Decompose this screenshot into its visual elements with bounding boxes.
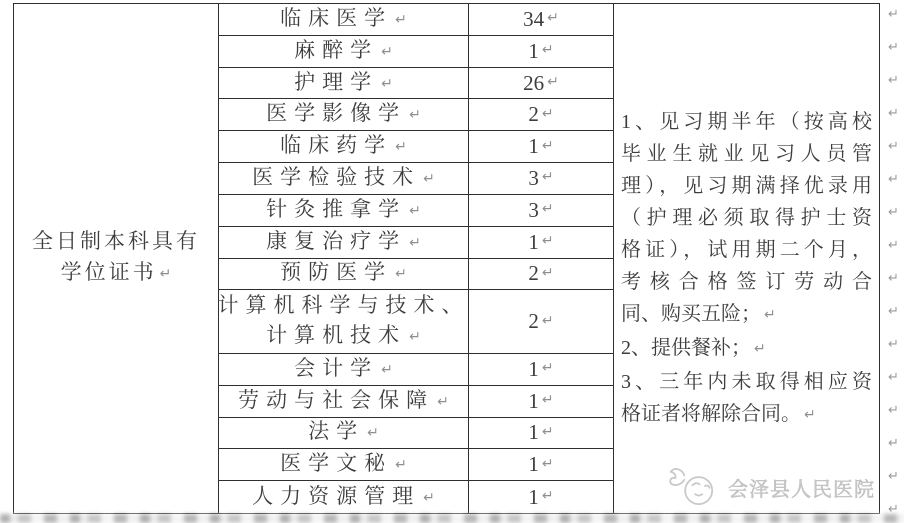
return-mark: ↵ [804,407,816,423]
row-end-mark: ↵ [888,173,899,187]
notes-lines: 1、见习期半年（按高校毕业生就业见习人员管理），见习期满择优录用（护理必须取得护… [614,4,879,432]
major-cell: 医学影像学↵ [219,99,469,131]
return-mark: ↵ [542,201,554,217]
count-cell: 1↵ [469,131,614,163]
return-mark: ↵ [542,42,554,58]
major-cell: 会计学↵ [219,354,469,386]
note-line-text: 同、购买五险； [621,303,761,325]
row-end-mark: ↵ [888,206,899,220]
major-text: 人力资源管理 [252,484,420,508]
return-mark: ↵ [542,233,554,249]
hospital-watermark-text: 会泽县人民医院 [728,473,875,502]
return-mark: ↵ [542,138,554,154]
count-text: 2 [528,102,539,127]
return-mark: ↵ [542,456,554,472]
count-cell: 1↵ [469,36,614,68]
note-line: 格证者将解除合同。↵ [621,398,872,432]
return-mark: ↵ [542,169,554,185]
return-mark: ↵ [423,490,435,506]
major-text: 康复治疗学 [266,229,406,253]
page: 全日制本科具有 学位证书↵ 临床医学↵34↵麻醉学↵1↵护理学↵26↵医学影像学… [0,0,904,523]
major-cell: 护理学↵ [219,68,469,100]
note-line-text: 1、见习期半年（按高校 [621,111,872,133]
return-mark: ↵ [381,362,393,378]
major-text: 麻醉学 [294,38,378,62]
note-line: 格证），试用期二个月， [621,234,872,266]
major-cell: 医学文秘↵ [219,449,469,481]
row-end-mark: ↵ [888,74,899,88]
note-line-text: 毕业生就业见习人员管 [621,143,872,165]
return-mark: ↵ [542,488,554,504]
major-text: 劳动与社会保障 [238,388,434,412]
row-end-mark: ↵ [888,272,899,286]
major-cell: 康复治疗学↵ [219,227,469,259]
note-line-text: 2、提供餐补； [621,337,751,359]
hospital-logo-bird-icon [669,464,723,510]
notes-cell: 1、见习期半年（按高校毕业生就业见习人员管理），见习期满择优录用（护理必须取得护… [614,4,879,513]
qualification-line-2-text: 学位证书 [61,260,157,284]
note-line: 1、见习期半年（按高校 [621,106,872,138]
count-cell: 26↵ [469,68,614,100]
note-line: （护理必须取得护士资 [621,202,872,234]
major-text: 会计学 [294,356,378,380]
row-end-mark: ↵ [888,8,899,22]
note-line-text: 3、三年内未取得相应资 [621,371,872,393]
count-cell: 2↵ [469,259,614,291]
count-cell: 2↵ [469,290,614,354]
note-line-text: （护理必须取得护士资 [621,207,872,229]
return-mark: ↵ [409,235,421,251]
major-cell: 人力资源管理↵ [219,481,469,513]
major-text: 计算机科学与技术、 [219,293,469,317]
return-mark: ↵ [547,10,559,26]
major-cell: 针灸推拿学↵ [219,195,469,227]
count-text: 1 [528,134,539,159]
row-end-mark: ↵ [888,470,899,484]
count-cell: 1↵ [469,481,614,513]
count-cell: 1↵ [469,354,614,386]
count-cell: 1↵ [469,449,614,481]
cropped-text-blur [0,514,904,523]
count-text: 1 [528,230,539,255]
note-line: 理），见习期满择优录用 [621,170,872,202]
major-cell: 麻醉学↵ [219,36,469,68]
return-mark: ↵ [395,457,407,473]
row-end-mark: ↵ [888,404,899,418]
count-cell: 3↵ [469,195,614,227]
count-text: 1 [528,452,539,477]
return-mark: ↵ [542,424,554,440]
major-cell: 医学检验技术↵ [219,163,469,195]
major-text: 针灸推拿学 [266,197,406,221]
row-end-mark: ↵ [888,140,899,154]
count-text: 1 [528,39,539,64]
recruitment-table: 全日制本科具有 学位证书↵ 临床医学↵34↵麻醉学↵1↵护理学↵26↵医学影像学… [13,3,880,514]
major-text: 计算机技术 [266,323,406,347]
count-cell: 1↵ [469,227,614,259]
return-mark: ↵ [547,74,559,90]
count-text: 1 [528,389,539,414]
return-mark: ↵ [542,392,554,408]
note-line: 毕业生就业见习人员管 [621,138,872,170]
return-mark: ↵ [542,360,554,376]
return-mark: ↵ [395,266,407,282]
major-cell: 临床药学↵ [219,131,469,163]
note-line-text: 考核合格签订劳动合 [621,271,872,293]
major-text: 法学 [308,419,364,443]
major-text: 医学影像学 [266,101,406,125]
major-cell: 临床医学↵ [219,4,469,36]
count-text: 1 [528,357,539,382]
major-text: 临床药学 [280,133,392,157]
count-text: 3 [528,166,539,191]
row-end-mark: ↵ [888,371,899,385]
qualification-line-1: 全日制本科具有 [32,226,200,257]
return-mark: ↵ [409,329,421,345]
major-cell: 劳动与社会保障↵ [219,386,469,418]
row-end-mark: ↵ [888,239,899,253]
return-mark: ↵ [754,341,766,357]
major-text: 医学文秘 [280,451,392,475]
count-cell: 3↵ [469,163,614,195]
row-end-mark: ↵ [888,41,899,55]
return-mark: ↵ [542,106,554,122]
major-text: 预防医学 [280,260,392,284]
return-mark: ↵ [160,266,172,282]
count-text: 2 [528,309,539,334]
count-text: 1 [528,420,539,445]
return-mark: ↵ [367,425,379,441]
qualification-line-2: 学位证书↵ [61,257,172,291]
qualification-cell: 全日制本科具有 学位证书↵ [14,4,219,513]
row-end-mark: ↵ [888,338,899,352]
note-line-text: 格证者将解除合同。 [621,403,801,425]
hospital-watermark: 会泽县人民医院 [669,464,875,510]
count-text: 1 [528,485,539,510]
note-line: 考核合格签订劳动合 [621,266,872,298]
count-text: 26 [523,71,544,96]
major-text: 护理学 [294,70,378,94]
major-cell: 计算机科学与技术、计算机技术↵ [219,290,469,354]
return-mark: ↵ [381,44,393,60]
return-mark: ↵ [542,265,554,281]
count-cell: 2↵ [469,99,614,131]
note-line: 3、三年内未取得相应资 [621,366,872,398]
note-line: 2、提供餐补；↵ [621,332,872,366]
return-mark: ↵ [764,307,776,323]
count-cell: 1↵ [469,386,614,418]
return-mark: ↵ [437,394,449,410]
return-mark: ↵ [409,203,421,219]
row-end-mark: ↵ [888,305,899,319]
return-mark: ↵ [542,313,554,329]
major-cell: 法学↵ [219,418,469,450]
major-text: 医学检验技术 [252,165,420,189]
return-mark: ↵ [409,107,421,123]
return-mark: ↵ [381,76,393,92]
row-end-mark: ↵ [888,107,899,121]
return-mark: ↵ [423,171,435,187]
count-cell: 34↵ [469,4,614,36]
count-text: 34 [523,7,544,32]
note-line: 同、购买五险；↵ [621,298,872,332]
return-mark: ↵ [395,12,407,28]
major-text: 临床医学 [280,6,392,30]
row-end-mark: ↵ [888,437,899,451]
return-mark: ↵ [395,139,407,155]
major-cell: 预防医学↵ [219,259,469,291]
count-text: 2 [528,261,539,286]
note-line-text: 理），见习期满择优录用 [621,175,872,197]
count-cell: 1↵ [469,418,614,450]
count-text: 3 [528,198,539,223]
note-line-text: 格证），试用期二个月， [621,239,872,261]
